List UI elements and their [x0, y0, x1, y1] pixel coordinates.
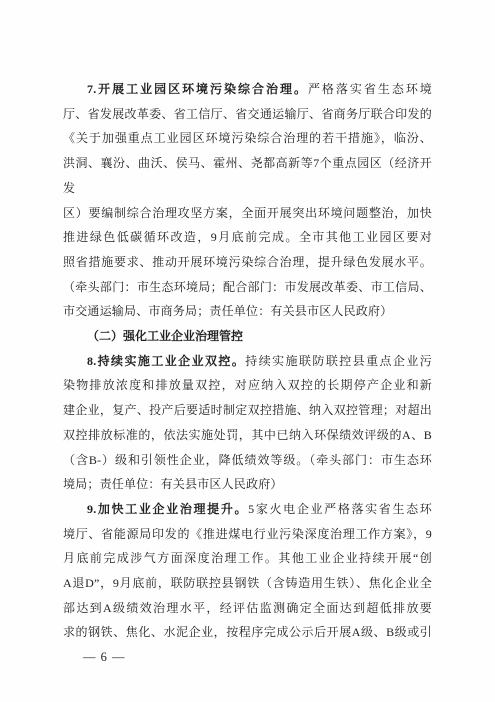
- paragraph-item-8: 8.持续实施工业企业双控。持续实施联防联控县重点企业污 染物排放浓度和排放量双控…: [63, 349, 432, 497]
- text-line: 厅、省发展改革委、省工信厅、省交通运输厅、省商务厅联合印发的: [63, 102, 432, 127]
- item-7-lead: 7.开展工业园区环境污染综合治理。: [87, 82, 308, 96]
- item-8-first-line-rest: 持续实施联防联控县重点企业污: [245, 354, 432, 368]
- text-line: 洪洞、襄汾、曲沃、侯马、霍州、尧都高新等7个重点园区（经济开发: [63, 151, 432, 200]
- text-line: （含B-）级和引领性企业，降低绩效等级。（牵头部门：市生态环: [63, 448, 432, 473]
- text-line: A退D”，9月底前，联防联控县钢铁（含铸造用生铁）、焦化企业全: [63, 571, 432, 596]
- document-body: 7.开展工业园区环境污染综合治理。严格落实省生态环境 厅、省发展改革委、省工信厅…: [63, 77, 432, 645]
- item-9-lead: 9.加快工业企业治理提升。: [87, 502, 248, 516]
- item-8-lead: 8.持续实施工业企业双控。: [87, 354, 245, 368]
- text-line: 区）要编制综合治理攻坚方案，全面开展突出环境问题整治，加快: [63, 201, 432, 226]
- text-line: 市交通运输局、市商务局；责任单位：有关县市区人民政府）: [63, 299, 432, 324]
- text-line: 《关于加强重点工业园区环境污染综合治理的若干措施》，临汾、: [63, 126, 432, 151]
- text-line: 染物排放浓度和排放量双控，对应纳入双控的长期停产企业和新: [63, 373, 432, 398]
- text-line: 境局；责任单位：有关县市区人民政府）: [63, 472, 432, 497]
- text-line: 8.持续实施工业企业双控。持续实施联防联控县重点企业污: [63, 349, 432, 374]
- section-heading-2: （二）强化工业企业治理管控: [63, 324, 432, 349]
- text-line: 建企业，复产、投产后要适时制定双控措施、纳入双控管理；对超出: [63, 398, 432, 423]
- text-line: 求的钢铁、焦化、水泥企业，按程序完成公示后开展A级、B级或引: [63, 620, 432, 645]
- text-line: 部达到A级绩效治理水平，经评估监测确定全面达到超低排放要: [63, 596, 432, 621]
- text-line: 双控排放标准的，依法实施处罚，其中已纳入环保绩效评级的A、B: [63, 423, 432, 448]
- item-9-first-line-rest: 5家火电企业严格落实省生态环: [248, 502, 432, 516]
- text-line: 月底前完成涉气方面深度治理工作。其他工业企业持续开展“创: [63, 546, 432, 571]
- item-7-first-line-rest: 严格落实省生态环境: [308, 82, 432, 96]
- document-page: 7.开展工业园区环境污染综合治理。严格落实省生态环境 厅、省发展改革委、省工信厅…: [0, 0, 495, 702]
- paragraph-item-7: 7.开展工业园区环境污染综合治理。严格落实省生态环境 厅、省发展改革委、省工信厅…: [63, 77, 432, 324]
- text-line: （牵头部门：市生态环境局；配合部门：市发展改革委、市工信局、: [63, 275, 432, 300]
- section-heading-text: （二）强化工业企业治理管控: [63, 324, 432, 349]
- page-number: — 6 —: [63, 645, 432, 670]
- text-line: 照省措施要求、推动开展环境污染综合治理，提升绿色发展水平。: [63, 250, 432, 275]
- text-line: 7.开展工业园区环境污染综合治理。严格落实省生态环境: [63, 77, 432, 102]
- text-line: 境厅、省能源局印发的《推进煤电行业污染深度治理工作方案》，9: [63, 522, 432, 547]
- paragraph-item-9: 9.加快工业企业治理提升。5家火电企业严格落实省生态环 境厅、省能源局印发的《推…: [63, 497, 432, 645]
- text-line: 推进绿色低碳循环改造，9月底前完成。全市其他工业园区要对: [63, 225, 432, 250]
- text-line: 9.加快工业企业治理提升。5家火电企业严格落实省生态环: [63, 497, 432, 522]
